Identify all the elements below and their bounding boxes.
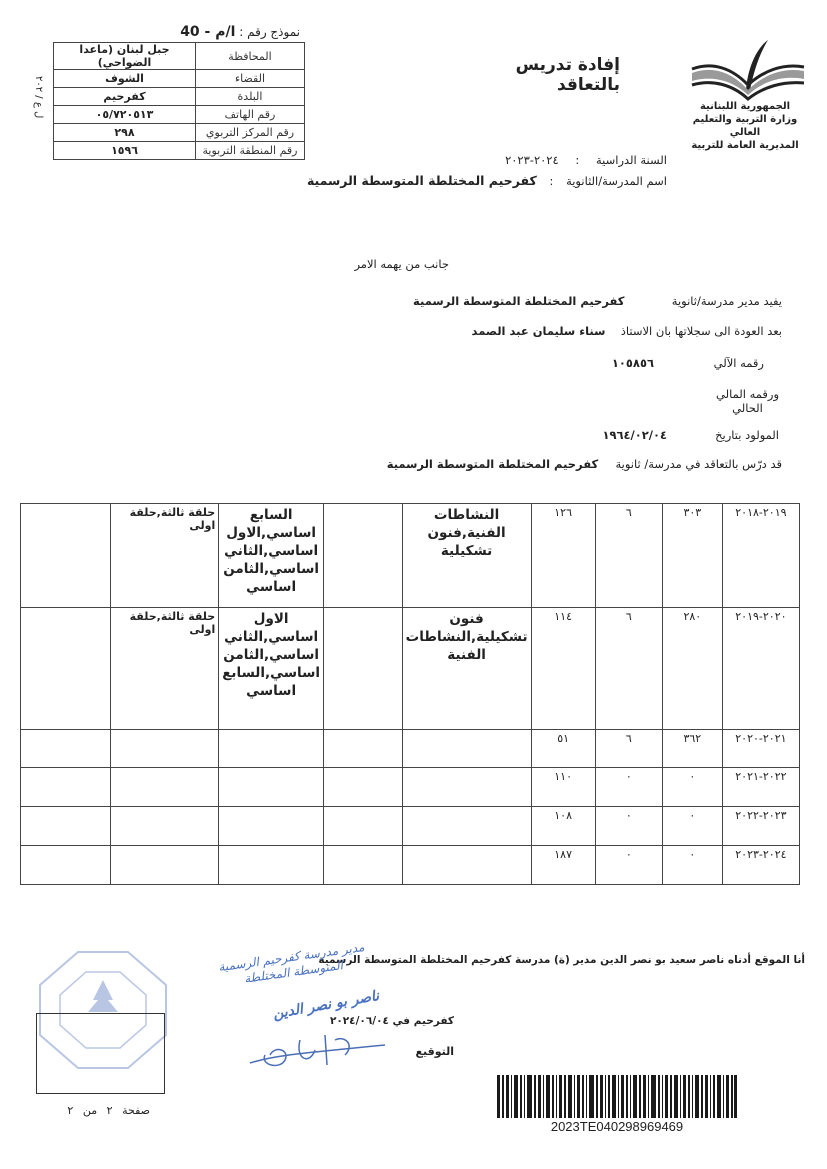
subjects-cell — [402, 768, 531, 807]
classes-cell — [219, 846, 324, 885]
year-cell: ٢٠١٩-٢٠١٨ — [722, 504, 799, 608]
cycles-cell — [110, 768, 218, 807]
school-info-table: المحافظةجبل لبنان (ماعدا الضواحي) القضاء… — [53, 42, 305, 160]
cycles-cell: حلقة ثالثة,حلقة اولى — [110, 504, 218, 608]
classes-cell — [219, 807, 324, 846]
form-number-label: نموذج رقم : — [239, 25, 300, 39]
info-row: القضاءالشوف — [54, 70, 305, 88]
form-number: نموذج رقم : ا/م - 40 — [120, 24, 300, 40]
info-label: رقم الهاتف — [196, 106, 305, 124]
cycles-cell — [110, 730, 218, 768]
value-cell: ١١٠ — [531, 768, 595, 807]
year-cell: ٢٠٢٤-٢٠٢٣ — [722, 846, 799, 885]
classes-cell: السابع اساسي,الاول اساسي,الثاني اساسي,ال… — [219, 504, 324, 608]
logo-line: وزارة التربية والتعليم العالي — [680, 113, 810, 139]
value-cell: ١٨٧ — [531, 846, 595, 885]
school-handwritten-stamp: مدير مدرسة كفرحيم الرسمية المتوسطة المخت… — [204, 938, 381, 992]
page-of: من — [83, 1104, 97, 1117]
auto-number-label: رقمه الآلي — [714, 356, 764, 370]
birth-date-value: ١٩٦٤/٠٢/٠٤ — [602, 428, 667, 442]
finance-number-label-2: الحالي — [716, 401, 779, 415]
logo-line: الجمهورية اللبنانية — [680, 100, 810, 113]
table-row: ٢٠٢٠-٢٠١٩ ٢٨٠ ٦ ١١٤ فنون تشكيلية,النشاطا… — [21, 608, 800, 730]
empty-cell — [324, 608, 403, 730]
cycles-cell — [110, 807, 218, 846]
barcode-icon — [497, 1075, 737, 1118]
year-cell: ٢٠٢١-٢٠٢٠ — [722, 730, 799, 768]
table-row: ٢٠٢٣-٢٠٢٢ ٠ ٠ ١٠٨ — [21, 807, 800, 846]
empty-cell — [324, 768, 403, 807]
value-cell: ٦ — [595, 608, 662, 730]
finance-number-label: ورقمه المالي الحالي — [716, 387, 779, 415]
value-cell: ٢٨٠ — [662, 608, 722, 730]
taught-school-value: كفرحيم المختلطة المتوسطة الرسمية — [387, 457, 598, 471]
school-name-value: كفرحيم المختلطة المتوسطة الرسمية — [307, 173, 537, 188]
info-value: كفرحيم — [54, 88, 196, 106]
teaching-history-table: ٢٠١٩-٢٠١٨ ٣٠٣ ٦ ١٢٦ النشاطات الفنية,فنون… — [20, 503, 800, 885]
table-row: ٢٠٢٢-٢٠٢١ ٠ ٠ ١١٠ — [21, 768, 800, 807]
value-cell: ٣٠٣ — [662, 504, 722, 608]
empty-cell — [324, 730, 403, 768]
teacher-label: بعد العودة الى سجلاتها بان الاستاذ — [621, 324, 782, 338]
signature-label: التوقيع — [416, 1045, 455, 1058]
ministry-name: الجمهورية اللبنانية وزارة التربية والتعل… — [680, 100, 810, 152]
info-label: رقم المنطقة التربوية — [196, 142, 305, 160]
value-cell: ٠ — [595, 807, 662, 846]
info-row: رقم المركز التربوي٢٩٨ — [54, 124, 305, 142]
info-row: رقم المنطقة التربوية١٥٩٦ — [54, 142, 305, 160]
empty-cell — [21, 504, 111, 608]
director-label: يفيد مدير مدرسة/ثانوية — [672, 294, 782, 308]
info-value: جبل لبنان (ماعدا الضواحي) — [54, 43, 196, 70]
page-current: ٢ — [101, 1104, 119, 1117]
value-cell: ٣٦٢ — [662, 730, 722, 768]
value-cell: ١١٤ — [531, 608, 595, 730]
table-row: ٢٠١٩-٢٠١٨ ٣٠٣ ٦ ١٢٦ النشاطات الفنية,فنون… — [21, 504, 800, 608]
classes-cell — [219, 768, 324, 807]
ministry-logo-icon — [688, 35, 808, 105]
value-cell: ٠ — [595, 846, 662, 885]
cycles-cell: حلقة ثالثة,حلقة اولى — [110, 608, 218, 730]
teacher-line: بعد العودة الى سجلاتها بان الاستاذ سناء … — [472, 324, 782, 338]
auto-number-value: ١٠٥٨٥٦ — [612, 356, 654, 370]
signature-icon — [245, 1025, 395, 1075]
academic-year-value: ٢٠٢٤-٢٠٢٣ — [505, 153, 559, 167]
subjects-cell — [402, 807, 531, 846]
auto-number-line: رقمه الآلي — [714, 356, 764, 370]
page-number: صفحة ٢ من ٢ — [40, 1104, 150, 1117]
value-cell: ١٠٨ — [531, 807, 595, 846]
empty-cell — [21, 730, 111, 768]
empty-cell — [324, 846, 403, 885]
value-cell: ٦ — [595, 730, 662, 768]
year-cell: ٢٠٢٠-٢٠١٩ — [722, 608, 799, 730]
empty-cell — [21, 846, 111, 885]
info-value: ١٥٩٦ — [54, 142, 196, 160]
info-value: ٢٩٨ — [54, 124, 196, 142]
info-label: البلدة — [196, 88, 305, 106]
birth-date-label: المولود بتاريخ — [715, 428, 779, 442]
director-school-value: كفرحيم المختلطة المتوسطة الرسمية — [413, 294, 624, 308]
empty-cell — [21, 768, 111, 807]
empty-cell — [324, 807, 403, 846]
finance-number-label-1: ورقمه المالي — [716, 387, 779, 401]
side-reference-stamp: ل ع / ٢٠٢ — [33, 76, 44, 118]
info-row: البلدةكفرحيم — [54, 88, 305, 106]
logo-line: المديرية العامة للتربية — [680, 139, 810, 152]
page-total: ٢ — [61, 1104, 79, 1117]
subjects-cell: فنون تشكيلية,النشاطات الفنية — [402, 608, 531, 730]
value-cell: ٠ — [662, 768, 722, 807]
year-cell: ٢٠٢٣-٢٠٢٢ — [722, 807, 799, 846]
value-cell: ٠ — [662, 807, 722, 846]
info-label: المحافظة — [196, 43, 305, 70]
info-label: رقم المركز التربوي — [196, 124, 305, 142]
value-cell: ١٢٦ — [531, 504, 595, 608]
teacher-name: سناء سليمان عبد الصمد — [472, 324, 606, 338]
subjects-cell — [402, 846, 531, 885]
school-name-line: اسم المدرسة/الثانوية : كفرحيم المختلطة ا… — [307, 173, 667, 188]
taught-label: قد درّس بالتعاقد في مدرسة/ ثانوية — [615, 457, 782, 471]
info-row: رقم الهاتف٠٥/٧٢٠٥١٣ — [54, 106, 305, 124]
value-cell: ٠ — [662, 846, 722, 885]
table-row: ٢٠٢٤-٢٠٢٣ ٠ ٠ ١٨٧ — [21, 846, 800, 885]
school-name-label: اسم المدرسة/الثانوية — [566, 174, 667, 188]
year-cell: ٢٠٢٢-٢٠٢١ — [722, 768, 799, 807]
empty-cell — [324, 504, 403, 608]
info-value: ٠٥/٧٢٠٥١٣ — [54, 106, 196, 124]
table-row: ٢٠٢١-٢٠٢٠ ٣٦٢ ٦ ٥١ — [21, 730, 800, 768]
academic-year-line: السنة الدراسية : ٢٠٢٤-٢٠٢٣ — [505, 153, 667, 167]
classes-cell — [219, 730, 324, 768]
stamp-box — [36, 1013, 165, 1094]
empty-cell — [21, 608, 111, 730]
info-row: المحافظةجبل لبنان (ماعدا الضواحي) — [54, 43, 305, 70]
value-cell: ٥١ — [531, 730, 595, 768]
subjects-cell — [402, 730, 531, 768]
empty-cell — [21, 807, 111, 846]
document-title: إفادة تدريس بالتعاقد — [470, 55, 620, 95]
classes-cell: الاول اساسي,الثاني اساسي,الثامن اساسي,ال… — [219, 608, 324, 730]
info-label: القضاء — [196, 70, 305, 88]
value-cell: ٠ — [595, 768, 662, 807]
academic-year-label: السنة الدراسية — [596, 153, 667, 167]
form-number-value: ا/م - 40 — [180, 24, 235, 40]
taught-line: قد درّس بالتعاقد في مدرسة/ ثانوية كفرحيم… — [387, 457, 782, 471]
addressee: جانب من يهمه الامر — [354, 257, 449, 271]
barcode-number: 2023TE040298969469 — [497, 1119, 737, 1134]
info-value: الشوف — [54, 70, 196, 88]
subjects-cell: النشاطات الفنية,فنون تشكيلية — [402, 504, 531, 608]
declaration-text: أنا الموقع أدناه ناصر سعيد بو نصر الدين … — [318, 954, 805, 966]
cycles-cell — [110, 846, 218, 885]
page-label: صفحة — [122, 1104, 150, 1117]
value-cell: ٦ — [595, 504, 662, 608]
director-line: يفيد مدير مدرسة/ثانوية كفرحيم المختلطة ا… — [413, 294, 782, 308]
